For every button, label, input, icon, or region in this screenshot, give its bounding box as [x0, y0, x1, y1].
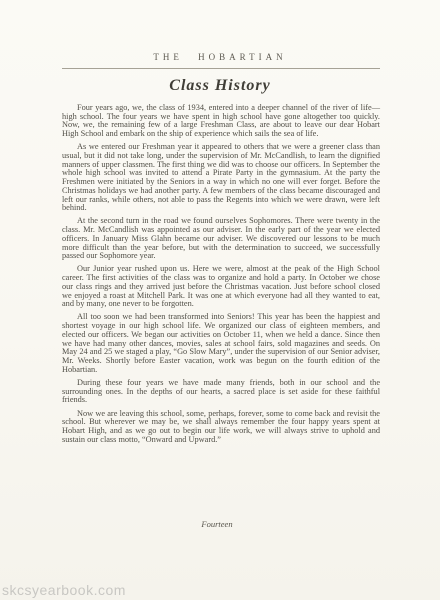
paragraph-4: Our Junior year rushed upon us. Here we …: [62, 265, 380, 309]
yearbook-page: THE HOBARTIAN Class History Four years a…: [0, 0, 440, 600]
watermark: skcsyearbook.com: [2, 582, 126, 598]
page-title: Class History: [0, 77, 440, 95]
masthead: THE HOBARTIAN: [0, 52, 440, 62]
paragraph-6: During these four years we have made man…: [62, 379, 380, 405]
header-rule: [62, 68, 380, 69]
article-body: Four years ago, we, the class of 1934, e…: [62, 104, 380, 449]
page-number: Fourteen: [62, 519, 372, 529]
paragraph-2: As we entered our Freshman year it appea…: [62, 143, 380, 213]
paragraph-7: Now we are leaving this school, some, pe…: [62, 410, 380, 445]
paragraph-5: All too soon we had been transformed int…: [62, 313, 380, 374]
paragraph-1: Four years ago, we, the class of 1934, e…: [62, 104, 380, 139]
paragraph-3: At the second turn in the road we found …: [62, 217, 380, 261]
